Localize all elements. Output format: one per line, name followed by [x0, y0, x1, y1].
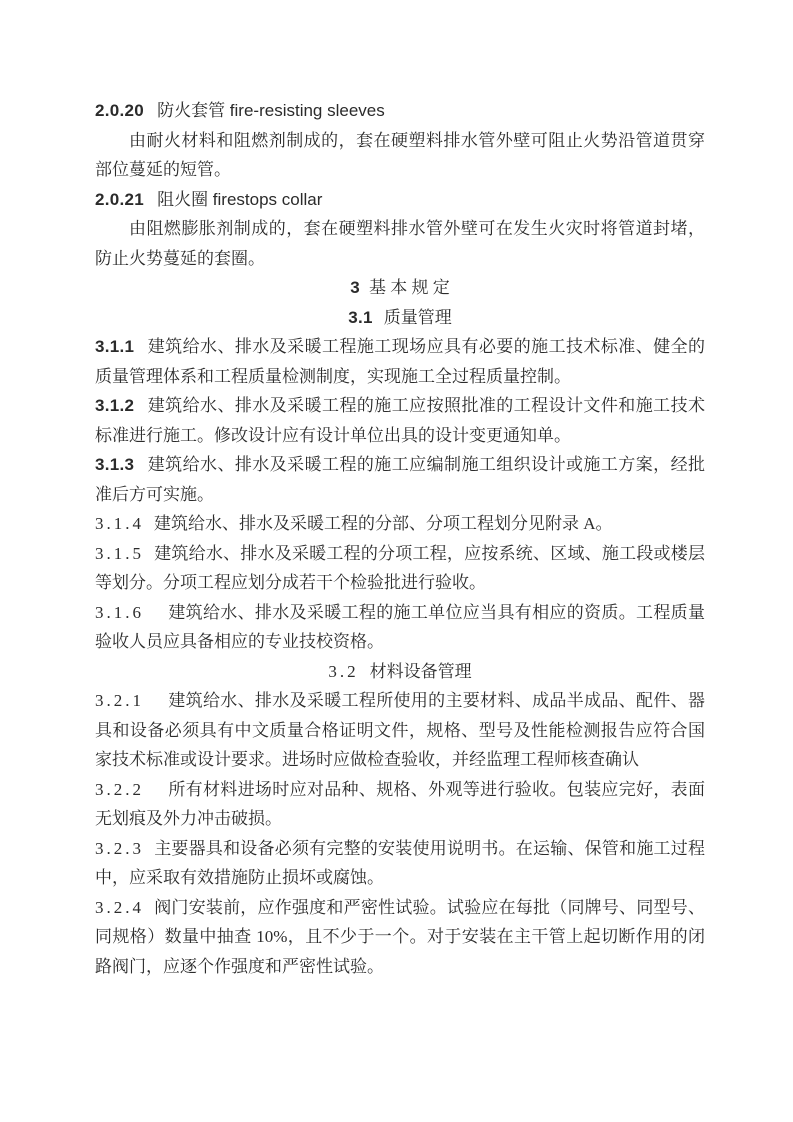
section-title: 材料设备管理 [370, 662, 472, 681]
clause-text: 阀门安装前，应作强度和严密性试验。试验应在每批（同牌号、同型号、同规格）数量中抽… [95, 898, 705, 976]
clause-3-2-2: 3.2.2所有材料进场时应对品种、规格、外观等进行验收。包装应完好，表面无划痕及… [95, 775, 705, 834]
clause-text: 阻火圈 firestops collar [157, 190, 322, 209]
clause-text: 建筑给水、排水及采暖工程的分项工程，应按系统、区域、施工段或楼层等划分。分项工程… [95, 544, 705, 593]
section-number: 3.1 [348, 308, 373, 327]
clause-text: 建筑给水、排水及采暖工程的施工单位应当具有相应的资质。工程质量验收人员应具备相应… [95, 603, 705, 652]
clause-3-2-1: 3.2.1建筑给水、排水及采暖工程所使用的主要材料、成品半成品、配件、器具和设备… [95, 686, 705, 775]
chapter-title: 基 本 规 定 [369, 278, 450, 297]
clause-3-1-4: 3.1.4建筑给水、排水及采暖工程的分部、分项工程划分见附录 A。 [95, 509, 705, 539]
clause-number: 3.1.1 [95, 337, 134, 356]
clause-text: 建筑给水、排水及采暖工程施工现场应具有必要的施工技术标准、健全的质量管理体系和工… [95, 337, 705, 386]
clause-number: 3.2.2 [95, 780, 144, 799]
clause-3-2-4: 3.2.4阀门安装前，应作强度和严密性试验。试验应在每批（同牌号、同型号、同规格… [95, 893, 705, 982]
definition-paragraph: 由阻燃膨胀剂制成的，套在硬塑料排水管外壁可在发生火灾时将管道封堵，防止火势蔓延的… [95, 214, 705, 273]
section-heading-3-2: 3.2材料设备管理 [95, 657, 705, 687]
clause-3-1-2: 3.1.2建筑给水、排水及采暖工程的施工应按照批准的工程设计文件和施工技术标准进… [95, 391, 705, 450]
document-page: 2.0.20防火套管 fire-resisting sleeves 由耐火材料和… [0, 0, 793, 1122]
definition-paragraph: 由耐火材料和阻燃剂制成的，套在硬塑料排水管外壁可阻止火势沿管道贯穿部位蔓延的短管… [95, 126, 705, 185]
clause-number: 3.1.3 [95, 455, 134, 474]
clause-number: 3.2.1 [95, 691, 144, 710]
clause-number: 3.2.4 [95, 898, 144, 917]
clause-number: 3.1.4 [95, 514, 144, 533]
document-body: 2.0.20防火套管 fire-resisting sleeves 由耐火材料和… [95, 96, 705, 981]
clause-3-1-3: 3.1.3建筑给水、排水及采暖工程的施工应编制施工组织设计或施工方案，经批准后方… [95, 450, 705, 509]
clause-2-0-20: 2.0.20防火套管 fire-resisting sleeves [95, 96, 705, 126]
clause-3-1-5: 3.1.5建筑给水、排水及采暖工程的分项工程，应按系统、区域、施工段或楼层等划分… [95, 539, 705, 598]
chapter-heading: 3基 本 规 定 [95, 273, 705, 303]
clause-text: 主要器具和设备必须有完整的安装使用说明书。在运输、保管和施工过程中，应采取有效措… [95, 839, 705, 888]
clause-text: 建筑给水、排水及采暖工程所使用的主要材料、成品半成品、配件、器具和设备必须具有中… [95, 691, 705, 769]
clause-2-0-21: 2.0.21阻火圈 firestops collar [95, 185, 705, 215]
clause-text: 所有材料进场时应对品种、规格、外观等进行验收。包装应完好，表面无划痕及外力冲击破… [95, 780, 705, 829]
section-heading-3-1: 3.1质量管理 [95, 303, 705, 333]
section-title: 质量管理 [384, 308, 452, 327]
clause-number: 3.1.6 [95, 603, 144, 622]
clause-number: 3.1.2 [95, 396, 134, 415]
clause-3-1-1: 3.1.1建筑给水、排水及采暖工程施工现场应具有必要的施工技术标准、健全的质量管… [95, 332, 705, 391]
chapter-number: 3 [350, 278, 360, 297]
clause-number: 3.2.3 [95, 839, 144, 858]
clause-text: 防火套管 fire-resisting sleeves [157, 101, 385, 120]
clause-number: 3.1.5 [95, 544, 144, 563]
clause-number: 2.0.20 [95, 101, 144, 120]
clause-3-2-3: 3.2.3主要器具和设备必须有完整的安装使用说明书。在运输、保管和施工过程中，应… [95, 834, 705, 893]
clause-text: 建筑给水、排水及采暖工程的施工应编制施工组织设计或施工方案，经批准后方可实施。 [95, 455, 705, 504]
section-number: 3.2 [328, 662, 358, 681]
clause-text: 建筑给水、排水及采暖工程的分部、分项工程划分见附录 A。 [154, 514, 613, 533]
clause-text: 建筑给水、排水及采暖工程的施工应按照批准的工程设计文件和施工技术标准进行施工。修… [95, 396, 705, 445]
clause-number: 2.0.21 [95, 190, 144, 209]
clause-3-1-6: 3.1.6建筑给水、排水及采暖工程的施工单位应当具有相应的资质。工程质量验收人员… [95, 598, 705, 657]
